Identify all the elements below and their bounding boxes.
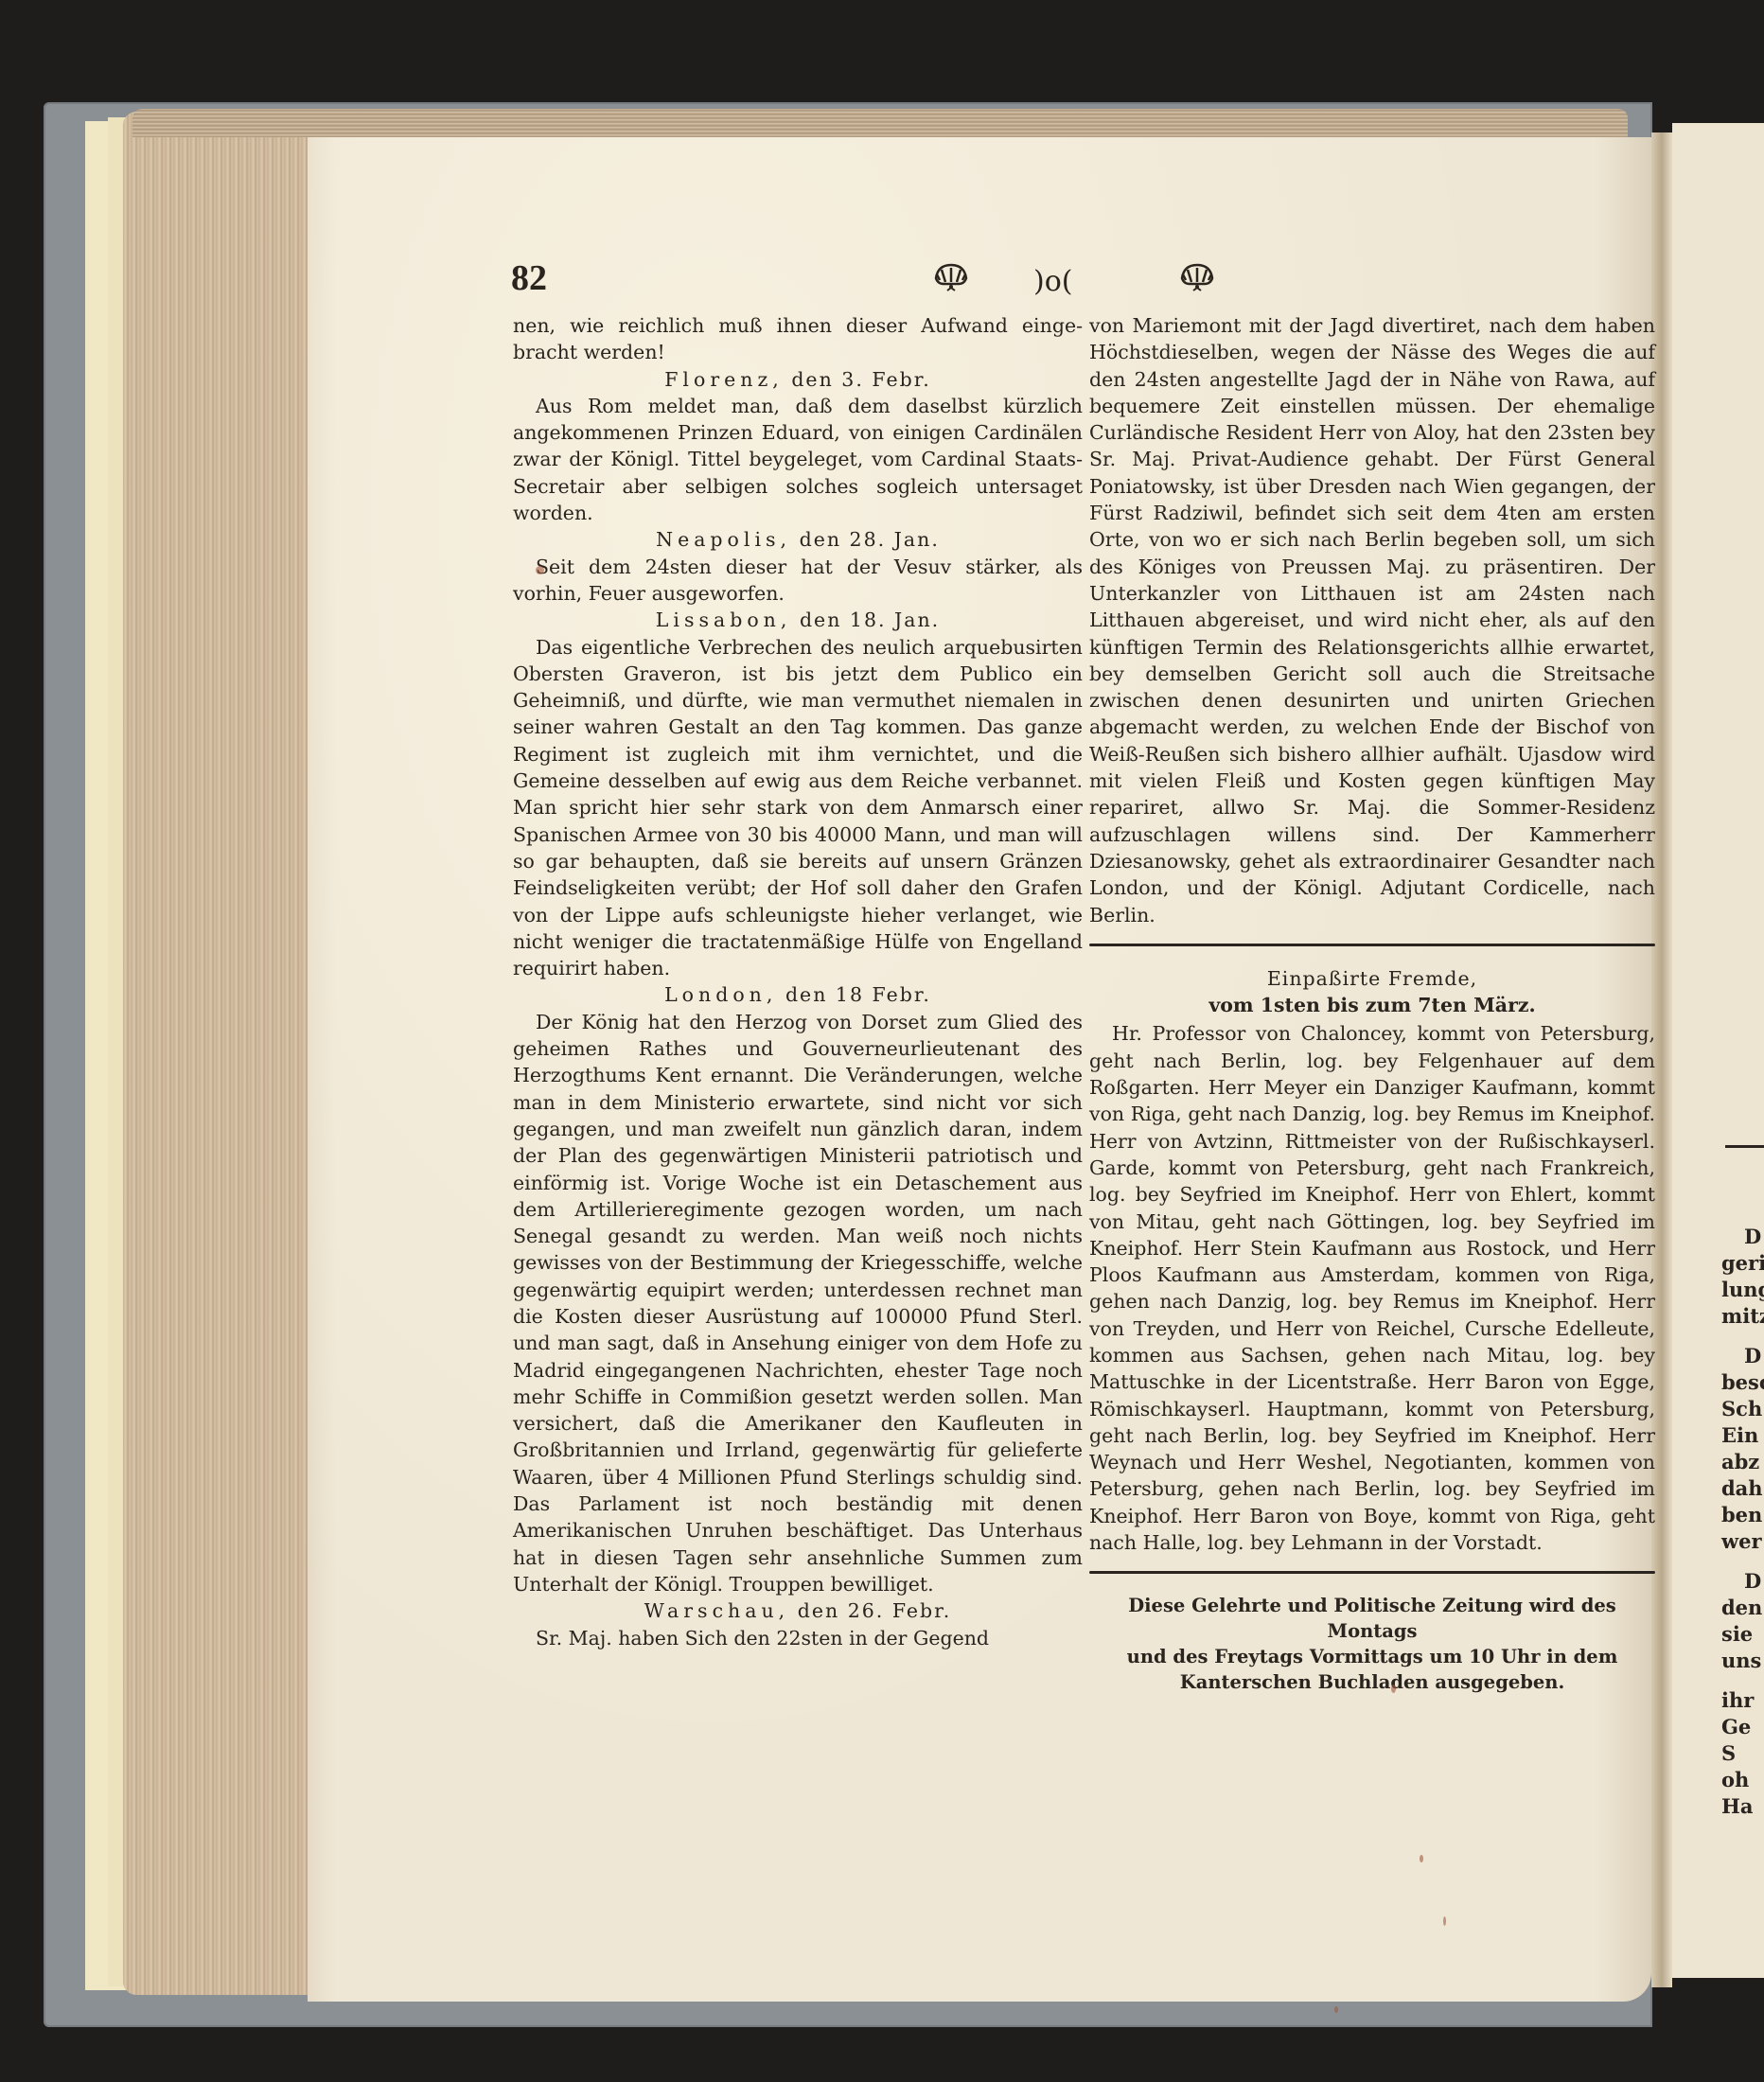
article-continuation: nen, wie reichlich muß ihnen dieser Aufw…	[513, 312, 1083, 366]
shell-ornament-icon	[1178, 261, 1216, 295]
dateline-place: Neapolis,	[656, 528, 791, 551]
facing-rule	[1725, 1145, 1764, 1148]
dateline-place: Warschau,	[644, 1599, 789, 1622]
facing-line: sie	[1721, 1621, 1764, 1648]
foxing-spot	[536, 566, 544, 574]
article-body: Aus Rom meldet man, daß dem daselbst kür…	[513, 393, 1083, 526]
facing-line: Ein	[1721, 1422, 1764, 1449]
facing-line: Sch	[1721, 1396, 1764, 1422]
article-body: Das eigentliche Verbrechen des neulich a…	[513, 634, 1083, 982]
arrivals-title: Einpaßirte Fremde,	[1089, 965, 1655, 992]
facing-line: abz	[1721, 1449, 1764, 1475]
page-number: 82	[511, 257, 547, 299]
article-body: Der König hat den Herzog von Dorset zum …	[513, 1009, 1083, 1598]
dateline-lissabon: Lissabon, den 18. Jan.	[513, 607, 1083, 633]
imprint-line: Kanterschen Buchladen ausgegeben.	[1089, 1669, 1655, 1695]
article-body: Sr. Maj. haben Sich den 22sten in der Ge…	[513, 1625, 1083, 1651]
shell-ornament-icon	[932, 261, 970, 295]
dateline-place: London,	[664, 983, 777, 1006]
dateline-warschau: Warschau, den 26. Febr.	[513, 1597, 1083, 1624]
facing-line: den	[1721, 1595, 1764, 1621]
facing-line: dah	[1721, 1475, 1764, 1502]
facing-line: besc	[1721, 1369, 1764, 1396]
dateline-place: Lissabon,	[656, 609, 792, 631]
facing-line: mitz	[1721, 1303, 1764, 1330]
arrivals-list: Hr. Professor von Chaloncey, kommt von P…	[1089, 1020, 1655, 1556]
dateline-place: Florenz,	[664, 368, 784, 391]
facing-page-fragment: D geri lung mitz D besc Sch Ein abz dah …	[1672, 123, 1764, 1978]
imprint-line: und des Freytags Vormittags um 10 Uhr in…	[1089, 1644, 1655, 1669]
page-header: 82 )o(	[511, 257, 1647, 305]
facing-line: lung	[1721, 1277, 1764, 1303]
facing-line: Ha	[1721, 1793, 1764, 1820]
facing-line: geri	[1721, 1250, 1764, 1277]
arrivals-subtitle: vom 1sten bis zum 7ten März.	[1089, 992, 1655, 1018]
dateline-london: London, den 18 Febr.	[513, 981, 1083, 1008]
dateline-neapolis: Neapolis, den 28. Jan.	[513, 526, 1083, 553]
facing-line: ben	[1721, 1502, 1764, 1528]
right-column: von Mariemont mit der Jagd divertiret, n…	[1089, 312, 1655, 1695]
footer-rule	[1089, 1571, 1655, 1574]
facing-line: D	[1721, 1568, 1764, 1595]
imprint-line: Diese Gelehrte und Politische Zeitung wi…	[1089, 1593, 1655, 1644]
facing-line: uns	[1721, 1648, 1764, 1674]
foxing-spot	[1420, 1855, 1423, 1862]
foxing-spot	[1443, 1916, 1446, 1926]
foxing-spot	[1334, 2006, 1338, 2013]
article-body: Seit dem 24sten dieser hat der Vesuv stä…	[513, 554, 1083, 608]
facing-line: D	[1721, 1224, 1764, 1250]
page-edges-stack	[123, 112, 308, 1995]
dateline-date: den 28. Jan.	[800, 528, 940, 551]
facing-line: D	[1721, 1343, 1764, 1369]
dateline-date: den 3. Febr.	[791, 368, 930, 391]
dateline-florenz: Florenz, den 3. Febr.	[513, 366, 1083, 393]
facing-line: Ge	[1721, 1714, 1764, 1740]
left-column: nen, wie reichlich muß ihnen dieser Aufw…	[513, 312, 1083, 1651]
facing-page-text: D geri lung mitz D besc Sch Ein abz dah …	[1721, 1221, 1764, 1820]
facing-line: oh	[1721, 1767, 1764, 1793]
facing-line: ihr	[1721, 1687, 1764, 1714]
facing-line: wer	[1721, 1528, 1764, 1555]
divider-ornament: )o(	[1033, 265, 1090, 299]
facing-line: S	[1721, 1740, 1764, 1767]
dateline-date: den 26. Febr.	[798, 1599, 952, 1622]
article-continuation: von Mariemont mit der Jagd divertiret, n…	[1089, 312, 1655, 928]
foxing-spot	[1391, 1685, 1396, 1693]
dateline-date: den 18 Febr.	[785, 983, 931, 1006]
page-top-edges	[132, 109, 1628, 137]
section-rule	[1089, 944, 1655, 946]
dateline-date: den 18. Jan.	[800, 609, 940, 631]
